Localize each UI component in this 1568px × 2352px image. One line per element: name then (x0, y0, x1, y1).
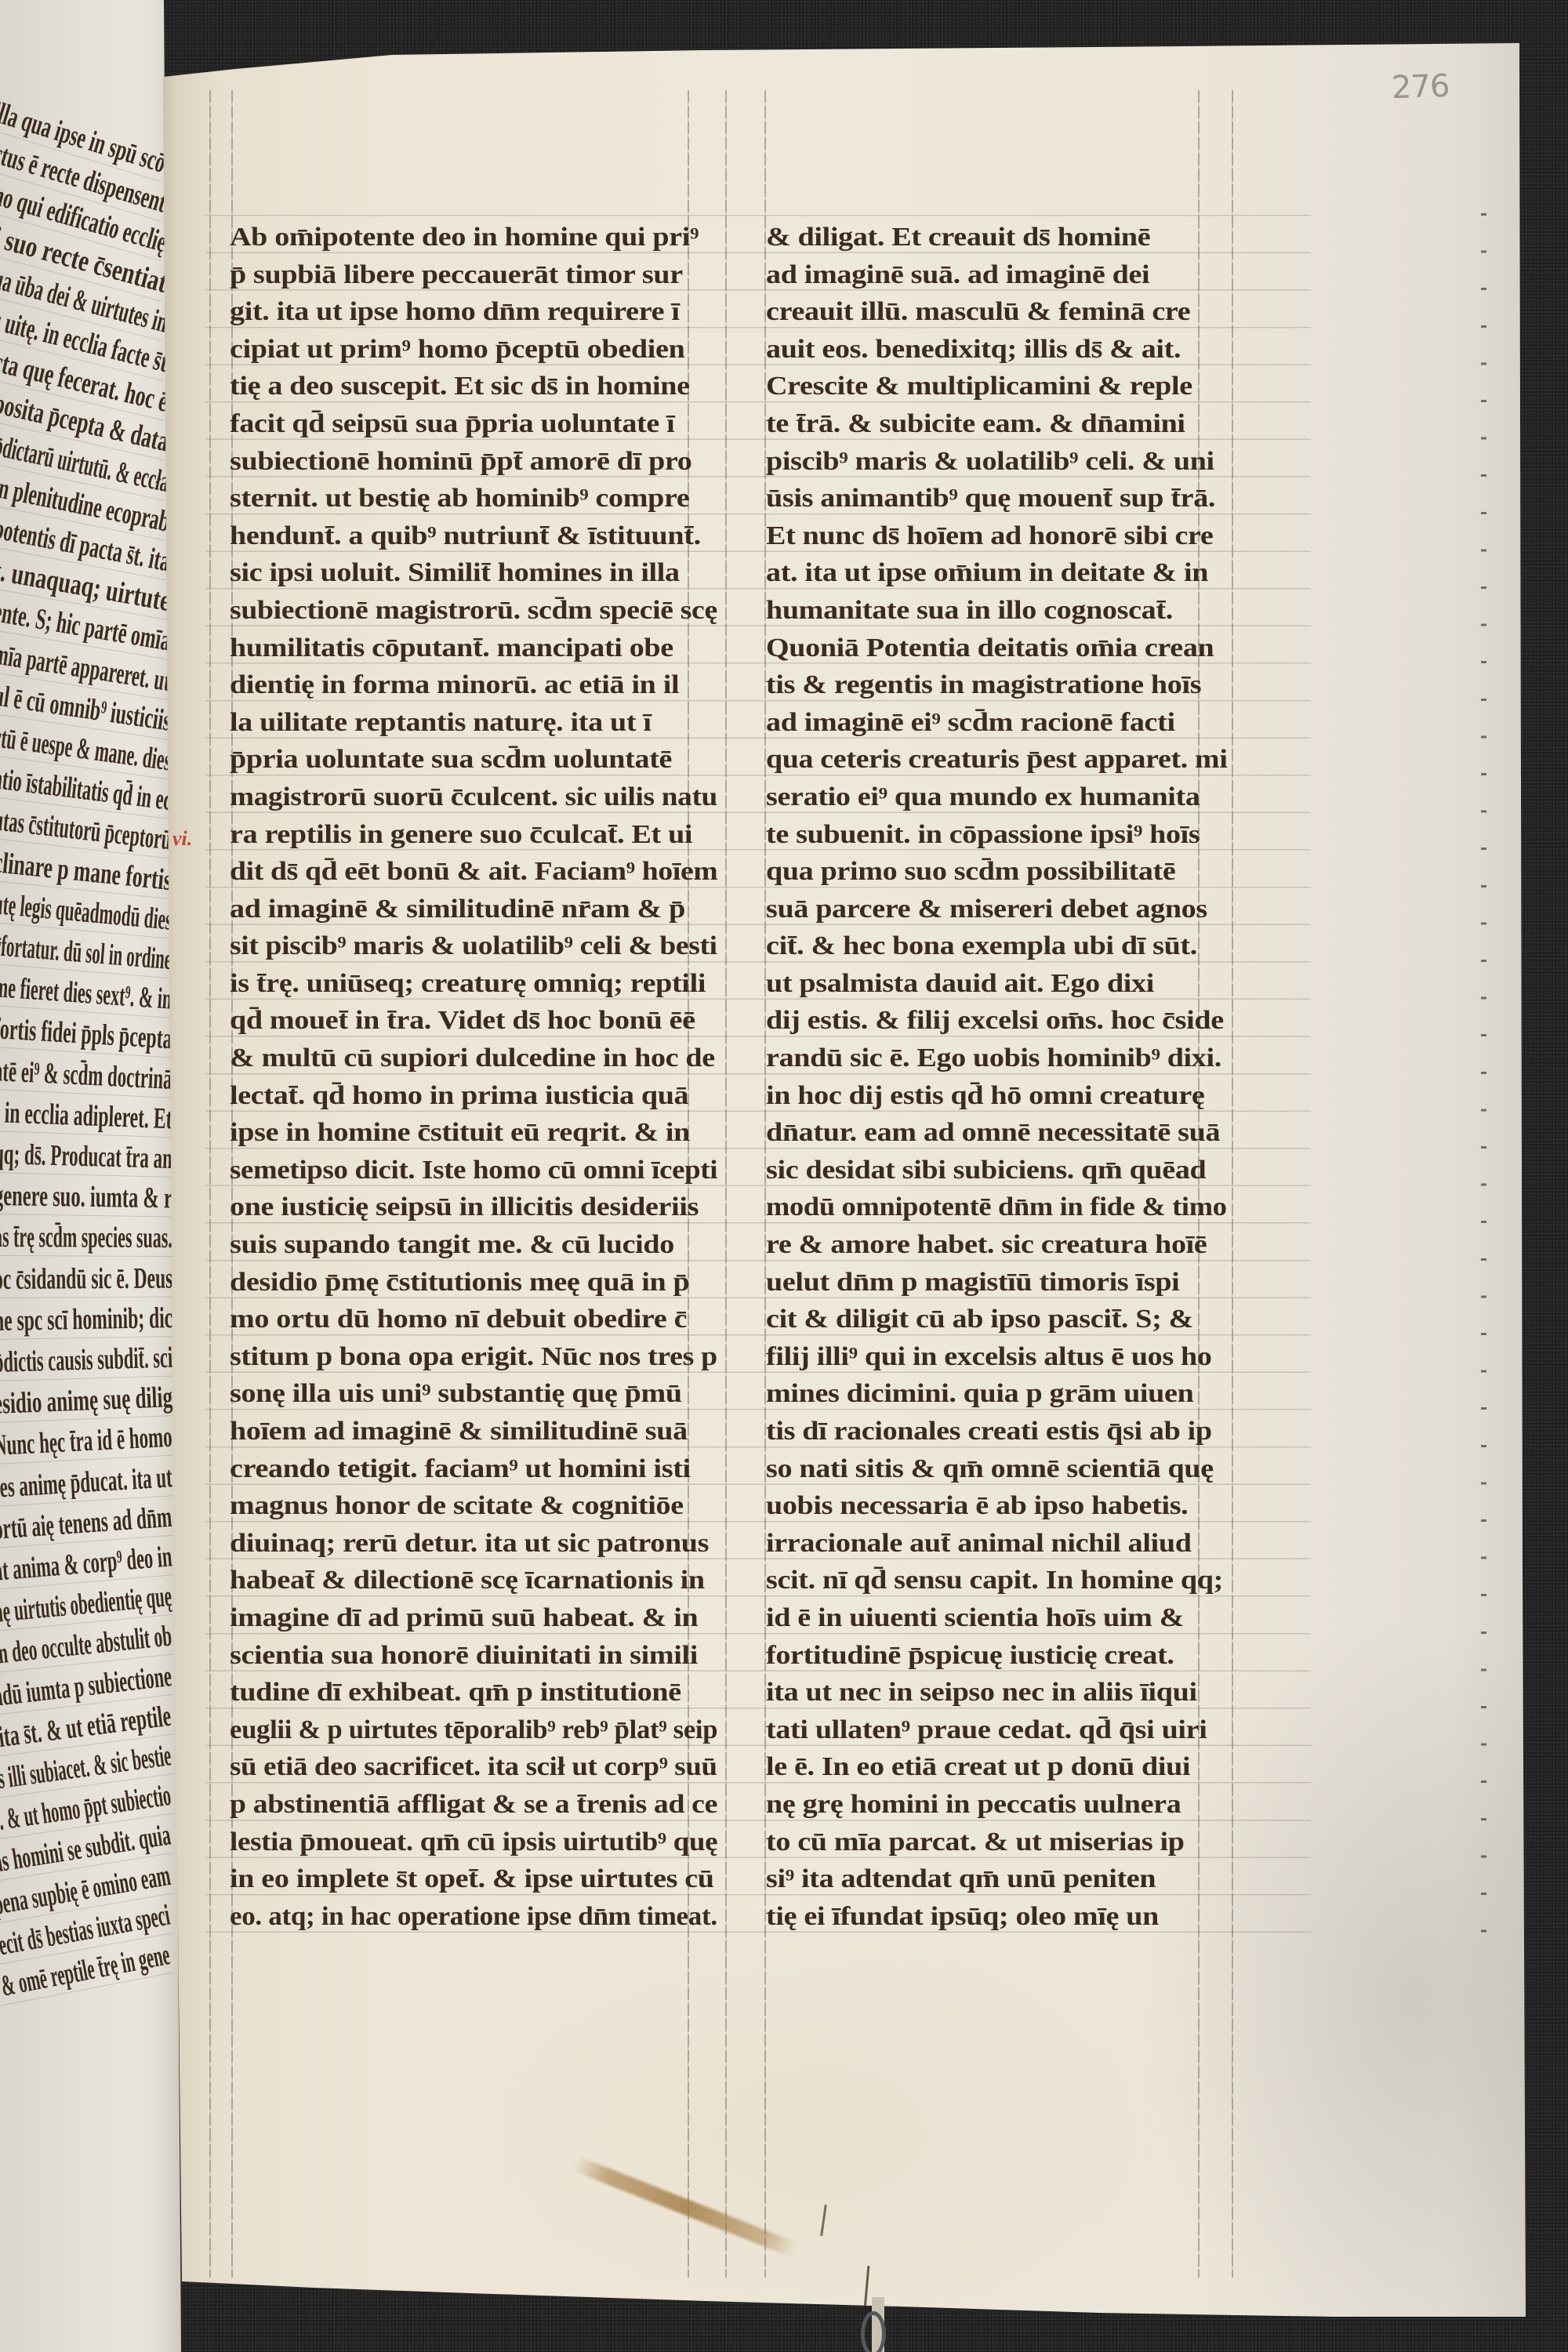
folio-number: 276 (1391, 68, 1450, 107)
text-line: tię a deo suscepit. Et sic ds̄ in homine (230, 368, 690, 405)
text-line: p abstinentiā affligat & se a t̄renis ad… (230, 1786, 717, 1824)
text-line: sū etiā deo sacrificet. ita scił ut corp… (230, 1748, 717, 1786)
text-line: tis dī racionales creati estis q̄si ab i… (766, 1413, 1212, 1450)
facing-page: illa qua ipse in spū scō ctus ē recte di… (0, 0, 185, 2352)
ink-stroke-mark (820, 2205, 827, 2236)
right-column: & diligat. Et creauit ds̄ hominē ad imag… (766, 219, 1196, 1935)
text-line: te subuenit. in cōpassione ipsi⁹ hoīs (766, 816, 1200, 854)
text-line: suis supando tangit me. & cū lucido (230, 1226, 674, 1264)
text-line: to cū mīa parcat. & ut miserias ip (766, 1824, 1185, 1861)
text-line: id ē in uiuenti scientia hoīs uim & (766, 1599, 1184, 1637)
text-line: lectat̄. qd̄ homo in prima iusticia quā (230, 1077, 688, 1115)
text-line: Crescite & multiplicamini & reple (766, 368, 1192, 405)
facing-page-line: ne spc scī hominib; dic (0, 1298, 185, 1341)
text-line: sic desidat sibi subiciens. qm̄ quēad (766, 1152, 1206, 1189)
facing-page-line: genere suo. iumta & r (0, 1178, 185, 1219)
text-line: te t̄rā. & subicite eam. & dn̄amini (766, 405, 1185, 443)
text-line: mines dicimini. quia p grām uiuen (766, 1375, 1193, 1413)
text-line: in hoc dij estis qd̄ hō omni creaturę (766, 1077, 1204, 1115)
text-line: ūsis animantib⁹ quę mouent̄ sup t̄rā. (766, 480, 1215, 517)
recto-page: 276 vi. Ab om̄ipotente deo in homine qui… (0, 0, 1568, 2352)
text-line: tudine dī exhibeat. qm̄ p institutionē (230, 1674, 681, 1711)
text-line: in eo implete s̄t opet̄. & ipse uirtutes… (230, 1860, 714, 1898)
facing-page-line-text: genere suo. iumta & r (0, 1178, 172, 1217)
facing-page-line: esidio animę suę dilig (0, 1376, 185, 1424)
text-line: irracionale aut̄ animal nichil aliud (766, 1525, 1192, 1563)
text-line: cit & diligit cū ab ipso pascit̄. S; & (766, 1301, 1193, 1338)
text-line: sonę illa uis uni⁹ substantię quę p̄mū (230, 1375, 682, 1413)
text-line: qd̄ mouet̄ in t̄ra. Videt ds̄ hoc bonū ē… (230, 1002, 695, 1040)
text-line: randū sic ē. Ego uobis hominib⁹ dixi. (766, 1040, 1221, 1077)
text-line: ra reptilis in genere suo c̄culcat̄. Et … (230, 816, 692, 854)
text-line: dn̄atur. eam ad omnē necessitatē suā (766, 1114, 1220, 1152)
text-line: ad imaginē & similitudinē nr̄am & p̄ (230, 891, 685, 928)
facing-page-line-text: as t̄rę scd̄m species suas. (0, 1219, 172, 1257)
text-line: habeat̄ & dilectionē scę īcarnationis in (230, 1562, 705, 1599)
text-line: modū omnipotentē dn̄m in fide & timo (766, 1189, 1227, 1226)
facing-page-line-text: p̄dictis causis subdit̄. sci (0, 1340, 173, 1381)
text-line: Et nunc ds̄ hoīem ad honorē sibi cre (766, 517, 1213, 555)
text-line: ad imaginē suā. ad imaginē dei (766, 256, 1149, 294)
text-line: ipse in homine c̄stituit eū reqrit. & in (230, 1114, 690, 1152)
text-line: sternit. ut bestię ab hominib⁹ compre (230, 480, 689, 517)
facing-page-line-text: atē ei⁹ & scd̄m doctrinā (0, 1053, 173, 1098)
text-line: p̄pria uoluntate sua scd̄m uoluntatē (230, 741, 672, 779)
text-line: git. ita ut ipse homo dn̄m requirere ī (230, 293, 680, 331)
text-line: humanitate sua in illo cognoscat̄. (766, 592, 1173, 630)
text-line: cipiat ut prim⁹ homo p̄ceptū obedien (230, 331, 684, 368)
text-line: so nati sitis & qm̄ omnē scientiā quę (766, 1450, 1214, 1488)
text-line: la uilitate reptantis naturę. ita ut ī (230, 704, 652, 742)
text-line: dit ds̄ qd̄ eēt bonū & ait. Faciam⁹ hoīe… (230, 853, 717, 891)
gutter-rubric: vi. (172, 827, 192, 851)
text-line: & diligat. Et creauit ds̄ hominē (766, 219, 1150, 256)
facing-page-line: as t̄rę scd̄m species suas. (0, 1219, 185, 1258)
text-line: ita ut nec in seipso nec in aliis īiqui (766, 1674, 1197, 1711)
text-line: humilitatis cōputant̄. mancipati obe (230, 630, 673, 667)
facing-page-line-text: fortis fidei p̄pls p̄cepta (0, 1011, 173, 1058)
left-column: Ab om̄ipotente deo in homine qui pri⁹ p̄… (230, 219, 708, 1935)
facing-page-line: oc c̄sidandū sic ē. Deus (0, 1259, 185, 1298)
text-line: at. ita ut ipse om̄ium in deitate & in (766, 554, 1208, 592)
text-line: dij estis. & filij excelsi om̄s. hoc c̄s… (766, 1002, 1224, 1040)
text-line: sic ipsi uoluit. Similit̄ homines in ill… (230, 554, 680, 592)
text-line: piscib⁹ maris & uolatilib⁹ celi. & uni (766, 443, 1214, 481)
text-line: lestia p̄moueat. qm̄ cū ipsis uirtutib⁹ … (230, 1824, 717, 1861)
text-line: Ab om̄ipotente deo in homine qui pri⁹ (230, 219, 699, 256)
text-line: magistrorū suorū c̄culcent. sic uilis na… (230, 779, 717, 816)
text-line: imagine dī ad primū suū habeat. & in (230, 1599, 698, 1637)
text-line: mo ortu dū homo nī debuit obedire c̄ (230, 1301, 687, 1338)
text-line: tati ullaten⁹ praue cedat. qd̄ q̄si uiri (766, 1711, 1207, 1749)
text-line: subiectionē magistrorū. scd̄m speciē scę (230, 592, 717, 630)
vertical-ruling-line (1232, 90, 1233, 2278)
text-line: diuinaq; rerū detur. ita ut sic patronus (230, 1525, 709, 1563)
text-line: hoīem ad imaginē & similitudinē suā (230, 1413, 688, 1450)
text-line: p̄ supbiā libere peccauerāt timor sur (230, 256, 683, 294)
text-line: filij illi⁹ qui in excelsis altus ē uos … (766, 1338, 1212, 1376)
text-line: scientia sua honorē diuinitati in simili (230, 1637, 698, 1675)
text-line: desidio p̄mę c̄stitutionis meę quā in p̄ (230, 1264, 689, 1301)
text-line: stitum p bona opa erigit. Nūc nos tres p (230, 1338, 717, 1376)
text-line: euglii & p uirtutes tēporalib⁹ reb⁹ p̄la… (230, 1711, 717, 1749)
text-line: creauit illū. masculū & feminā cre (766, 293, 1190, 331)
facing-page-line-text: Nunc hęc t̄ra id ē homo (0, 1419, 173, 1465)
text-line: cit̄. & hec bona exempla ubi dī sūt. (766, 927, 1197, 965)
text-line: is t̄rę. uniūseq; creaturę omniq; reptil… (230, 965, 706, 1003)
text-line: uelut dn̄m p magistīū timoris īspi (766, 1264, 1179, 1301)
text-line: fortitudinē p̄spicuę iusticię creat. (766, 1637, 1174, 1675)
facing-page-line-text: esidio animę suę dilig (0, 1379, 173, 1423)
text-line: le ē. In eo etiā creat ut p donū diui (766, 1748, 1190, 1786)
facing-page-line-text: ne spc scī hominib; dic (0, 1300, 173, 1340)
text-line: Quoniā Potentia deitatis om̄ia crean (766, 630, 1214, 667)
facing-page-line: p̄dictis causis subdit̄. sci (0, 1336, 185, 1382)
facing-page-line: qq; ds̄. Producat t̄ra an (0, 1136, 185, 1181)
text-line: ut psalmista dauid ait. Ego dixi (766, 965, 1154, 1003)
text-line: si⁹ ita adtendat qm̄ unū peniten (766, 1860, 1156, 1898)
facing-page-line-text: - in ecclia adipleret. Et (0, 1094, 172, 1138)
bookmark-clip-ring-icon (861, 2311, 886, 2352)
text-line: dientię in forma minorū. ac etiā in il (230, 666, 679, 704)
pricking-marks (1481, 213, 1486, 1933)
text-line: qua primo suo scd̄m possibilitatē (766, 853, 1175, 891)
text-line: uobis necessaria ē ab ipso habetis. (766, 1487, 1188, 1525)
facing-page-line: - in ecclia adipleret. Et (0, 1094, 185, 1142)
text-line: nę grę homini in peccatis uulnera (766, 1786, 1181, 1824)
text-line: subiectionē hominū p̄pt̄ amorē dī pro (230, 443, 692, 481)
vertical-ruling-line (209, 90, 211, 2278)
facing-page-line-text: oc c̄sidandū sic ē. Deus (0, 1260, 172, 1298)
ink-stroke-mark (864, 2266, 870, 2309)
facing-page-line-text: qq; ds̄. Producat t̄ra an (0, 1136, 173, 1178)
text-line: sit piscib⁹ maris & uolatilib⁹ celi & be… (230, 927, 717, 965)
text-line: scit. nī qd̄ sensu capit. In homine qq; (766, 1562, 1223, 1599)
text-line: ad imaginē ei⁹ scd̄m racionē facti (766, 704, 1175, 742)
text-line: hendunt̄. a quib⁹ nutriunt̄ & īstituunt̄… (230, 517, 701, 555)
text-line: tis & regentis in magistratione hoīs (766, 666, 1201, 704)
facing-page-line-text: tes animę p̄ducat. ita ut (0, 1459, 173, 1507)
text-line: eo. atq; in hac operatione ipse dn̄m tim… (230, 1898, 717, 1936)
text-line: magnus honor de scitate & cognitiōe (230, 1487, 684, 1525)
text-line: suā parcere & misereri debet agnos (766, 891, 1207, 928)
text-line: & multū cū supiori dulcedine in hoc de (230, 1040, 715, 1077)
text-line: one iusticię seipsū in illicitis desider… (230, 1189, 699, 1226)
text-line: semetipso dicit. Iste homo cū omni īcept… (230, 1152, 717, 1189)
text-line: tię ei īfundat ipsūq; oleo mīę un (766, 1898, 1159, 1936)
text-line: re & amore habet. sic creatura hoīē (766, 1226, 1207, 1264)
vertical-ruling-line (725, 90, 727, 2278)
text-line: auit eos. benedixitq; illis ds̄ & ait. (766, 331, 1181, 368)
text-line: facit qd̄ seipsū sua p̄pria uoluntate ī (230, 405, 674, 443)
text-line: qua ceteris creaturis p̄est apparet. mi (766, 741, 1228, 779)
text-line: seratio ei⁹ qua mundo ex humanita (766, 779, 1200, 816)
text-line: creando tetigit. faciam⁹ ut homini isti (230, 1450, 691, 1488)
